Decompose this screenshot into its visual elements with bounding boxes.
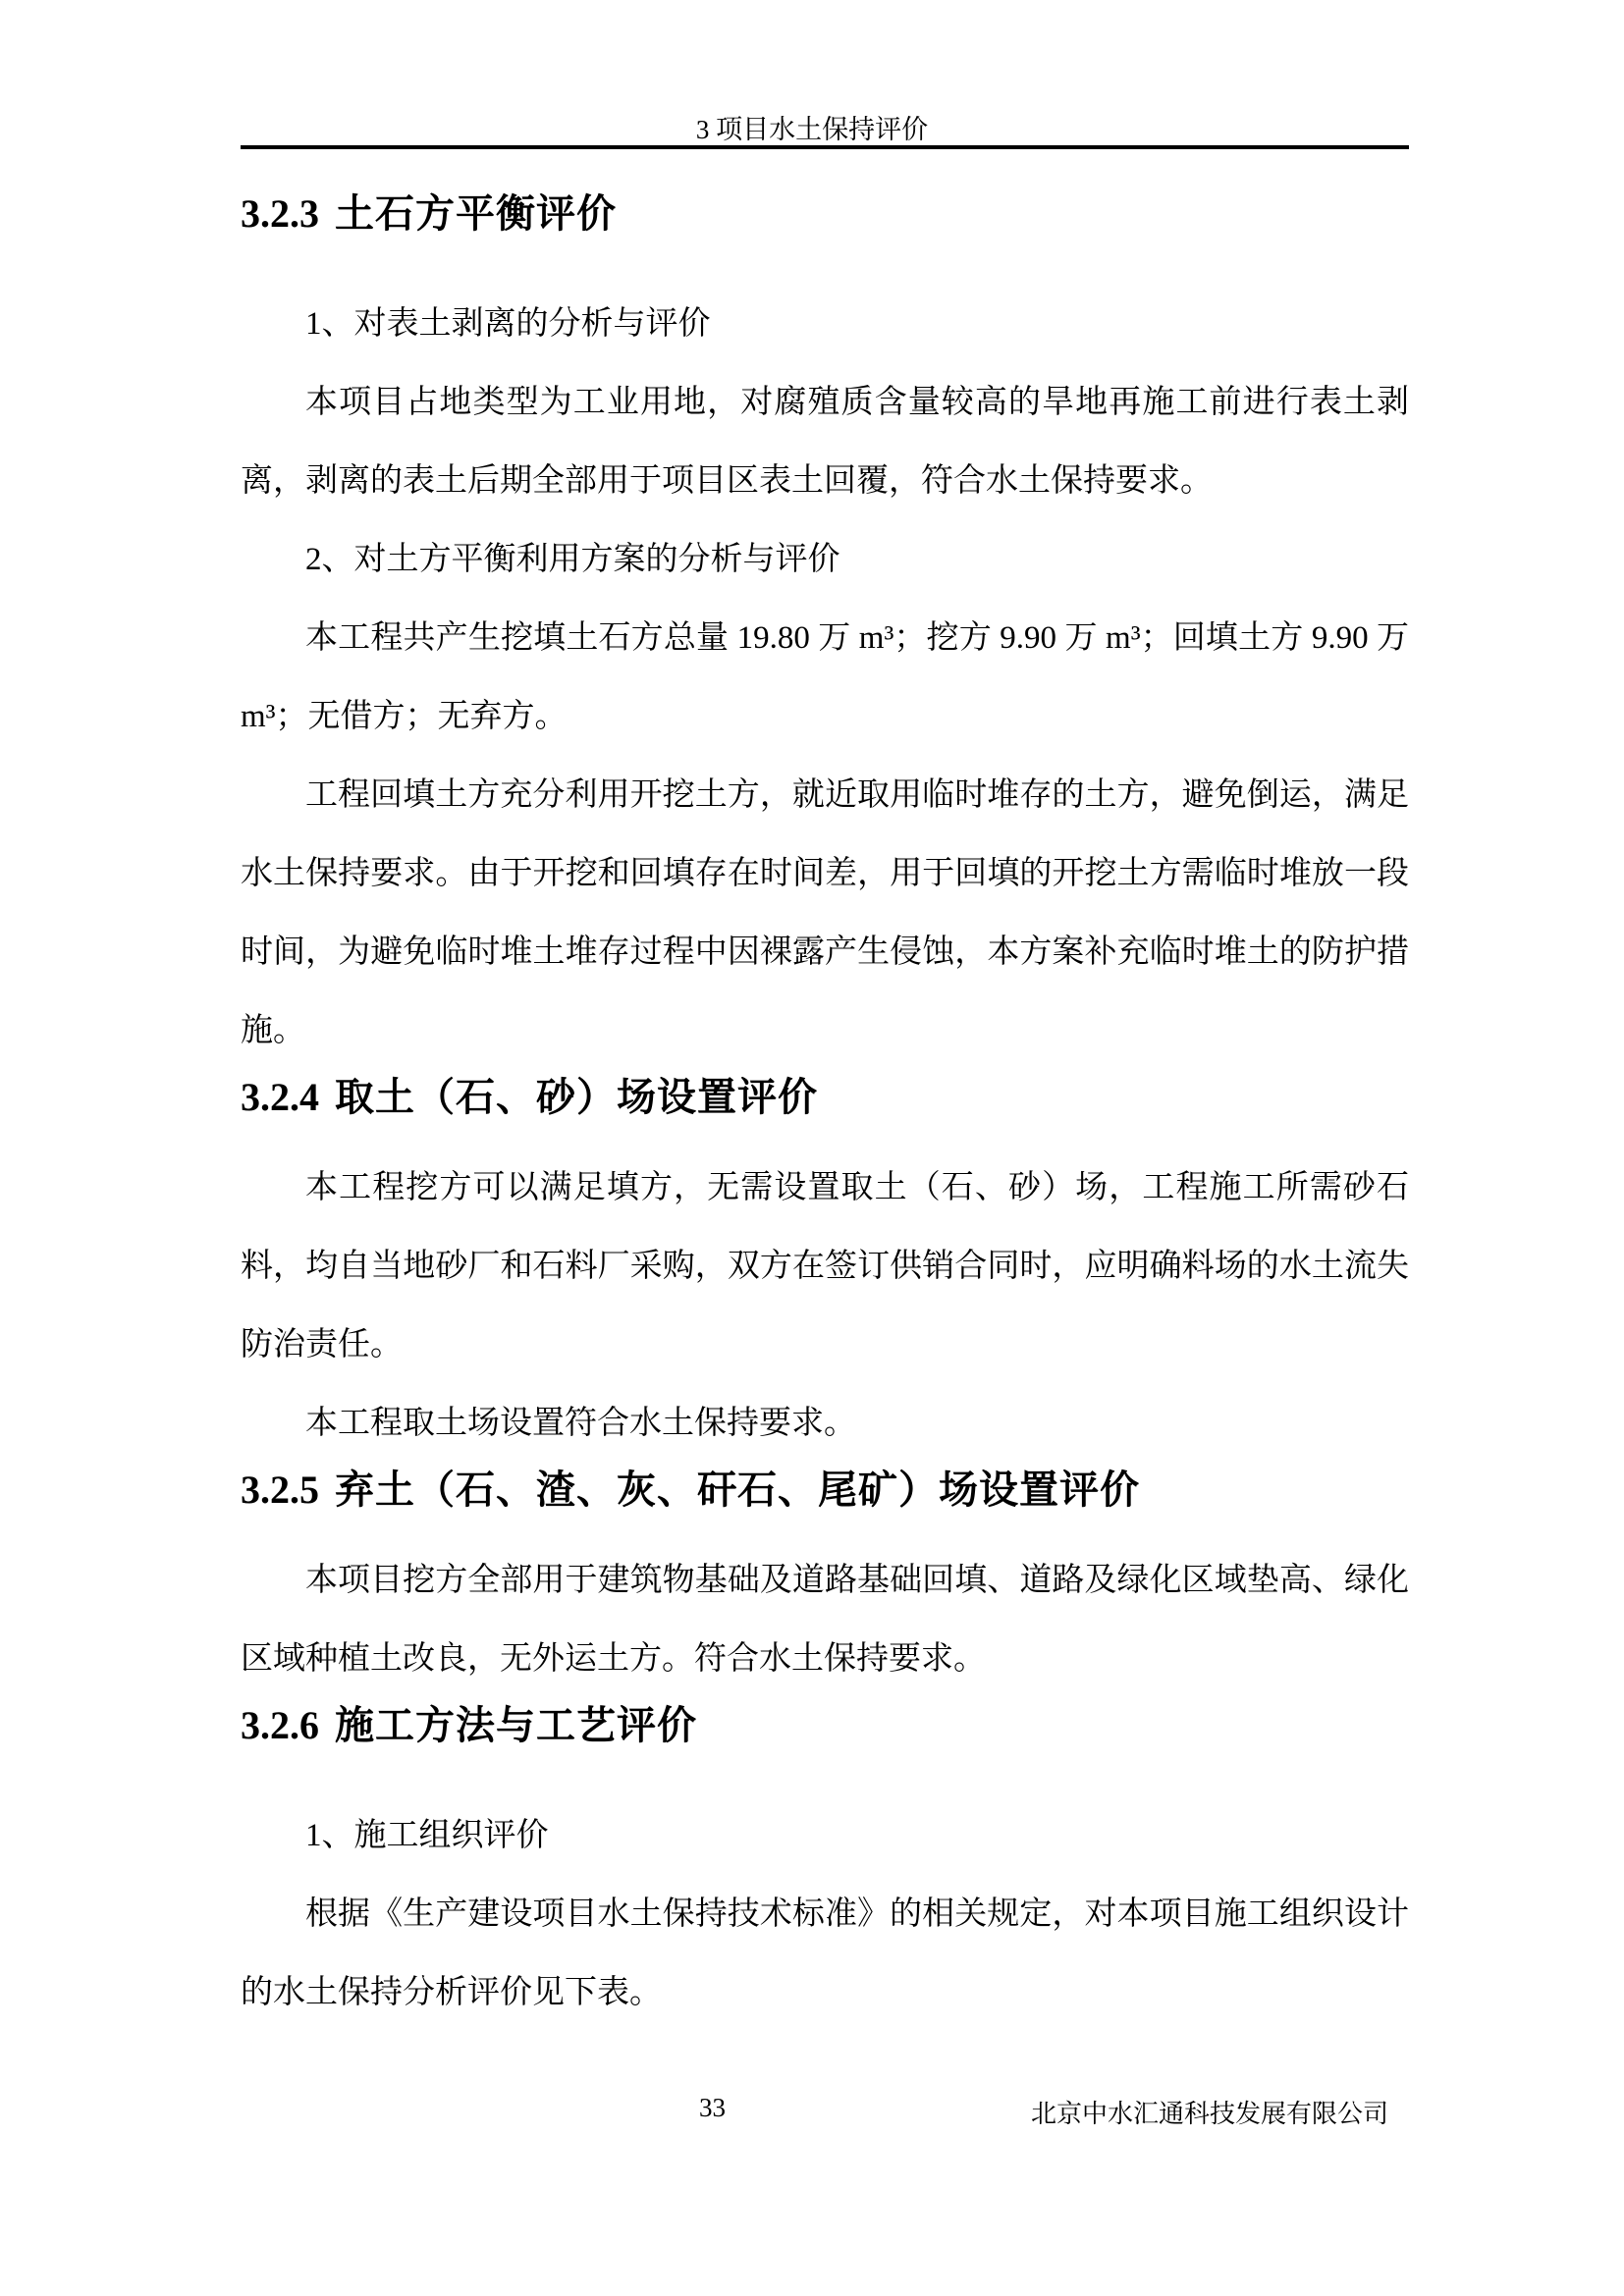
paragraph-earthwork-volumes: 本工程共产生挖填土石方总量 19.80 万 m³；挖方 9.90 万 m³；回填… — [241, 599, 1409, 756]
paragraph-borrow-site-conclusion: 本工程取土场设置符合水土保持要求。 — [241, 1384, 1409, 1463]
list-item-construction-organization: 1、施工组织评价 — [241, 1796, 1409, 1875]
section-number: 3.2.3 — [241, 191, 319, 236]
section-heading-3-2-5: 3.2.5弃土（石、渣、灰、矸石、尾矿）场设置评价 — [241, 1463, 1409, 1518]
section-number: 3.2.5 — [241, 1468, 319, 1512]
page-header-title: 3 项目水土保持评价 — [0, 108, 1624, 146]
list-item-topsoil-analysis: 1、对表土剥离的分析与评价 — [241, 285, 1409, 363]
page-body: 3.2.3土石方平衡评价 1、对表土剥离的分析与评价 本项目占地类型为工业用地，… — [241, 187, 1409, 2032]
section-title: 施工方法与工艺评价 — [335, 1704, 697, 1747]
footer-page-number: 33 — [699, 2093, 726, 2123]
section-heading-3-2-4: 3.2.4取土（石、砂）场设置评价 — [241, 1070, 1409, 1125]
list-item-earthwork-balance: 2、对土方平衡利用方案的分析与评价 — [241, 520, 1409, 599]
section-number: 3.2.6 — [241, 1703, 319, 1747]
section-number: 3.2.4 — [241, 1075, 319, 1119]
section-title: 弃土（石、渣、灰、矸石、尾矿）场设置评价 — [335, 1468, 1140, 1512]
footer-company-name: 北京中水汇通科技发展有限公司 — [1031, 2094, 1388, 2130]
paragraph-spoil-site: 本项目挖方全部用于建筑物基础及道路基础回填、道路及绿化区域垫高、绿化区域种植土改… — [241, 1541, 1409, 1698]
section-heading-3-2-6: 3.2.6施工方法与工艺评价 — [241, 1698, 1409, 1753]
paragraph-construction-standard: 根据《生产建设项目水土保持技术标准》的相关规定，对本项目施工组织设计的水土保持分… — [241, 1875, 1409, 2032]
paragraph-topsoil-stripping: 本项目占地类型为工业用地，对腐殖质含量较高的旱地再施工前进行表土剥离，剥离的表土… — [241, 363, 1409, 520]
section-title: 取土（石、砂）场设置评价 — [335, 1076, 818, 1119]
section-title: 土石方平衡评价 — [335, 192, 617, 236]
paragraph-borrow-site: 本工程挖方可以满足填方，无需设置取土（石、砂）场，工程施工所需砂石料，均自当地砂… — [241, 1148, 1409, 1384]
section-heading-3-2-3: 3.2.3土石方平衡评价 — [241, 187, 1409, 241]
paragraph-backfill-utilization: 工程回填土方充分利用开挖土方，就近取用临时堆存的土方，避免倒运，满足水土保持要求… — [241, 756, 1409, 1070]
header-rule — [241, 145, 1409, 149]
document-page: 3 项目水土保持评价 3.2.3土石方平衡评价 1、对表土剥离的分析与评价 本项… — [0, 0, 1624, 2296]
